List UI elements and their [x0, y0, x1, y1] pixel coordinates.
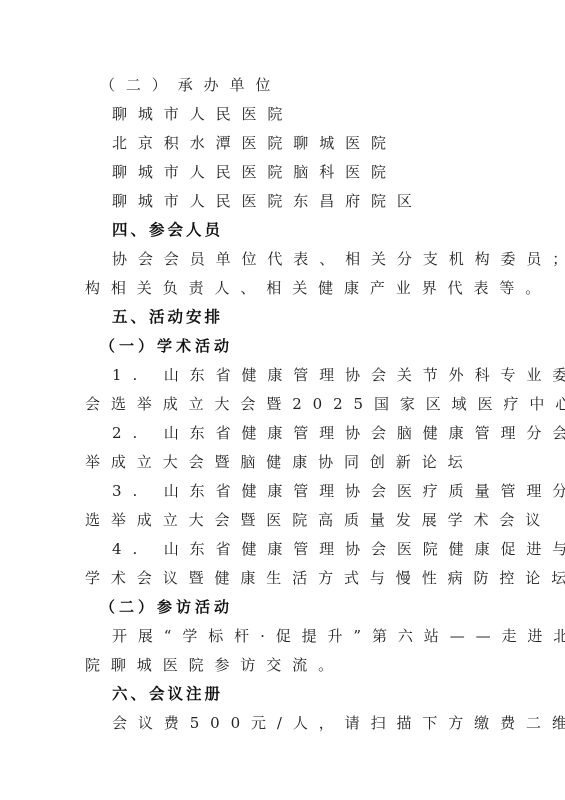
list-item-line: 学术会议暨健康生活方式与慢性病防控论坛	[85, 569, 565, 587]
list-item-line: 举成立大会暨脑健康协同创新论坛	[85, 453, 474, 471]
document-page: （二）承办单位 聊城市人民医院 北京积水潭医院聊城医院 聊城市人民医院脑科医院 …	[0, 0, 565, 800]
paragraph-line: 协会会员单位代表、相关分支机构委员；省内各医疗机	[112, 250, 565, 268]
paragraph-line: 院聊城医院参访交流。	[85, 656, 344, 674]
list-item-line: 选举成立大会暨医院高质量发展学术会议	[85, 511, 551, 529]
list-item-line: 3. 山东省健康管理协会医疗质量管理分会第一届委员会	[112, 482, 565, 500]
organizer-item: 北京积水潭医院聊城医院	[112, 134, 397, 152]
section-heading-schedule: 五、活动安排	[112, 308, 223, 326]
paragraph-line: 会议费500元/人，请扫描下方缴费二维码，并依次添	[112, 714, 565, 732]
organizer-item: 聊城市人民医院脑科医院	[112, 163, 397, 181]
list-item-line: 1. 山东省健康管理协会关节外科专业委员会第二届委员	[112, 366, 565, 384]
paragraph-line: 开展“学标杆·促提升”第六站——走进北京积水潭医	[112, 627, 565, 645]
paragraph-line: 构相关负责人、相关健康产业界代表等。	[85, 279, 551, 297]
list-item-line: 2. 山东省健康管理协会脑健康管理分会第二届委员会选	[112, 424, 565, 442]
section-heading-registration: 六、会议注册	[112, 685, 223, 703]
organizer-item: 聊城市人民医院东昌府院区	[112, 192, 423, 210]
subheading-visit: （二）参访活动	[100, 598, 233, 616]
subheading-academic: （一）学术活动	[100, 337, 233, 355]
list-item-line: 4. 山东省健康管理协会医院健康促进与教育分会第五次	[112, 540, 565, 558]
section-heading-attendees: 四、参会人员	[112, 221, 223, 239]
list-item-line: 会选举成立大会暨2025国家区域医疗中心骨关节创新论坛	[85, 395, 565, 413]
organizer-subheading: （二）承办单位	[100, 76, 281, 94]
organizer-item: 聊城市人民医院	[112, 105, 293, 123]
